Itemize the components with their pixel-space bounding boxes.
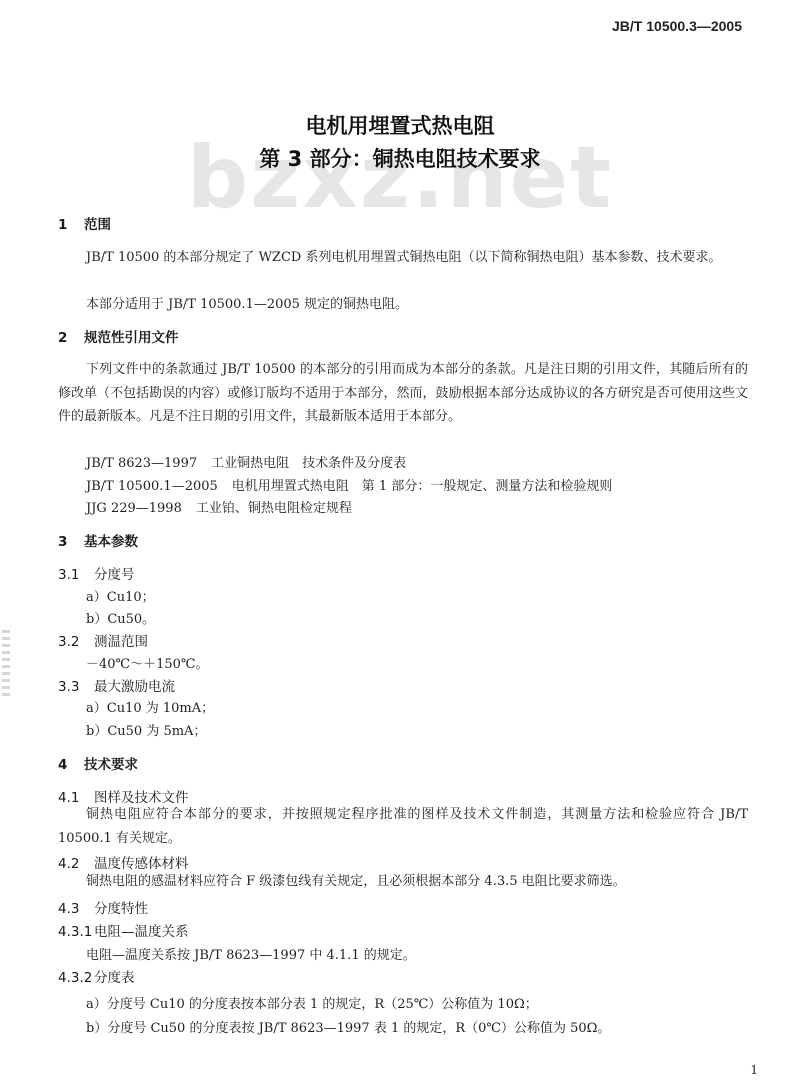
list-item: b）Cu50。 <box>86 608 155 627</box>
section-number: 4.3 <box>58 901 94 917</box>
section-title: 基本参数 <box>84 534 138 550</box>
section-3-heading: 3基本参数 <box>58 530 138 550</box>
section-number: 3.1 <box>58 567 94 583</box>
section-2-paragraph: 下列文件中的条款通过 JB/T 10500 的本部分的引用而成为本部分的条款。凡… <box>58 358 748 429</box>
document-title: 电机用埋置式热电阻 <box>0 110 800 140</box>
section-4-1-paragraph: 铜热电阻应符合本部分的要求，并按照规定程序批准的图样及技术文件制造，其测量方法和… <box>58 803 748 850</box>
temperature-range: －40℃～＋150℃。 <box>86 653 208 672</box>
reference-code: JB/T 10500.1—2005 <box>86 479 218 494</box>
section-title: 电阻—温度关系 <box>94 924 189 940</box>
section-2-heading: 2规范性引用文件 <box>58 326 179 346</box>
section-3-3-heading: 3.3最大激励电流 <box>58 675 175 695</box>
section-title: 分度表 <box>94 970 135 986</box>
section-4-3-2-heading: 4.3.2分度表 <box>58 966 135 986</box>
standard-code: JB/T 10500.3—2005 <box>612 18 742 34</box>
section-1-paragraph-1: JB/T 10500 的本部分规定了 WZCD 系列电机用埋置式铜热电阻（以下简… <box>58 246 748 270</box>
section-title: 测温范围 <box>94 634 148 650</box>
reference-item: JB/T 8623—1997工业铜热电阻 技术条件及分度表 <box>86 452 406 471</box>
list-item: b）Cu50 为 5mA； <box>86 720 206 739</box>
section-title: 最大激励电流 <box>94 679 175 695</box>
list-item: a）Cu10； <box>86 586 155 605</box>
section-title: 分度特性 <box>94 901 148 917</box>
section-number: 3.2 <box>58 634 94 650</box>
section-title: 范围 <box>84 217 111 233</box>
document-subtitle: 第 3 部分：铜热电阻技术要求 <box>0 143 800 173</box>
reference-item: JJG 229—1998工业铂、铜热电阻检定规程 <box>86 497 352 516</box>
page-number: 1 <box>750 1063 758 1077</box>
section-number: 4 <box>58 757 84 773</box>
scan-margin-artifact <box>2 630 10 700</box>
list-item: a）Cu10 为 10mA； <box>86 697 214 716</box>
section-title: 规范性引用文件 <box>84 330 179 346</box>
section-number: 4.3.1 <box>58 924 94 940</box>
section-title: 分度号 <box>94 567 135 583</box>
list-item: a）分度号 Cu10 的分度表按本部分表 1 的规定，R（25℃）公称值为 10… <box>86 993 538 1012</box>
section-title: 技术要求 <box>84 757 138 773</box>
section-4-3-heading: 4.3分度特性 <box>58 897 148 917</box>
section-number: 3.3 <box>58 679 94 695</box>
section-4-3-1-text: 电阻—温度关系按 JB/T 8623—1997 中 4.1.1 的规定。 <box>86 944 416 963</box>
section-number: 3 <box>58 534 84 550</box>
section-4-3-1-heading: 4.3.1电阻—温度关系 <box>58 920 189 940</box>
reference-title: 工业铜热电阻 技术条件及分度表 <box>211 456 406 471</box>
list-item: b）分度号 Cu50 的分度表按 JB/T 8623—1997 表 1 的规定，… <box>86 1017 610 1036</box>
section-3-1-heading: 3.1分度号 <box>58 563 135 583</box>
section-4-2-heading: 4.2温度传感体材料 <box>58 852 189 872</box>
section-number: 1 <box>58 217 84 233</box>
reference-code: JB/T 8623—1997 <box>86 456 197 471</box>
section-number: 4.3.2 <box>58 970 94 986</box>
section-1-paragraph-2: 本部分适用于 JB/T 10500.1—2005 规定的铜热电阻。 <box>58 293 748 317</box>
section-4-heading: 4技术要求 <box>58 753 138 773</box>
section-1-heading: 1范围 <box>58 213 111 233</box>
section-4-2-paragraph: 铜热电阻的感温材料应符合 F 级漆包线有关规定，且必须根据本部分 4.3.5 电… <box>58 870 748 894</box>
section-3-2-heading: 3.2测温范围 <box>58 630 148 650</box>
reference-code: JJG 229—1998 <box>86 501 182 516</box>
section-number: 2 <box>58 330 84 346</box>
reference-item: JB/T 10500.1—2005电机用埋置式热电阻 第 1 部分：一般规定、测… <box>86 475 612 494</box>
reference-title: 工业铂、铜热电阻检定规程 <box>196 501 352 516</box>
reference-title: 电机用埋置式热电阻 第 1 部分：一般规定、测量方法和检验规则 <box>232 479 613 494</box>
